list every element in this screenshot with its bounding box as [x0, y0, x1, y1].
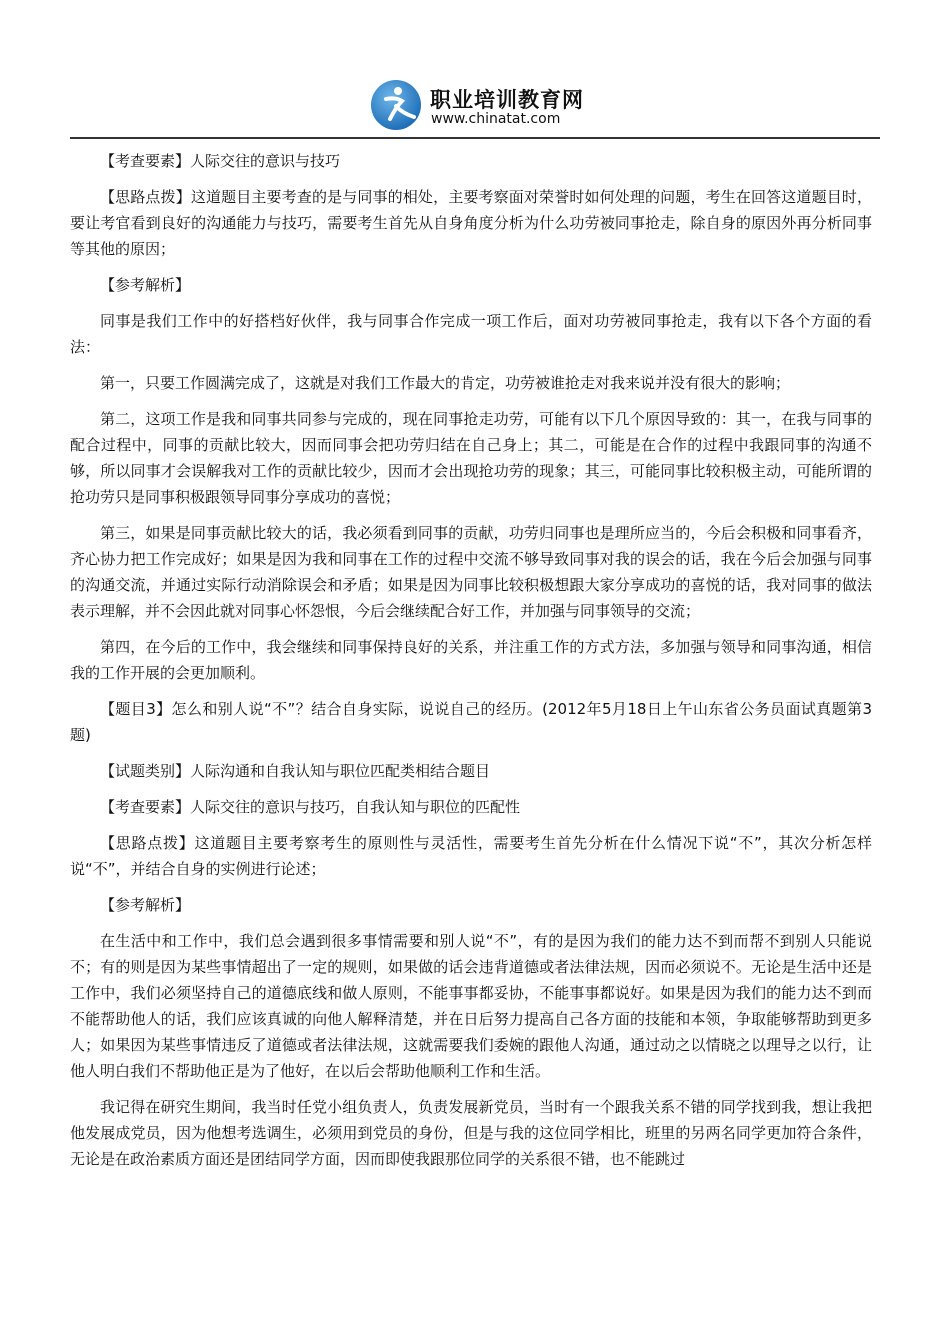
paragraph: 【思路点拨】这道题目主要考察考生的原则性与灵活性，需要考生首先分析在什么情况下说… [70, 830, 872, 882]
paragraph: 第一，只要工作圆满完成了，这就是对我们工作最大的肯定，功劳被谁抢走对我来说并没有… [70, 370, 872, 396]
paragraph: 在生活中和工作中，我们总会遇到很多事情需要和别人说“不”，有的是因为我们的能力达… [70, 928, 872, 1084]
paragraph: 第四，在今后的工作中，我会继续和同事保持良好的关系，并注重工作的方式方法，多加强… [70, 634, 872, 686]
document-body: 【考查要素】人际交往的意识与技巧 【思路点拨】这道题目主要考查的是与同事的相处，… [70, 148, 872, 1182]
paragraph: 【参考解析】 [70, 272, 872, 298]
paragraph: 【思路点拨】这道题目主要考查的是与同事的相处，主要考察面对荣誉时如何处理的问题，… [70, 184, 872, 262]
site-url: www.chinatat.com [431, 111, 560, 127]
header-divider [70, 137, 880, 139]
paragraph: 【参考解析】 [70, 892, 872, 918]
page-header: 职业培训教育网 www.chinatat.com [0, 78, 950, 134]
paragraph: 【考查要素】人际交往的意识与技巧 [70, 148, 872, 174]
paragraph: 【题目3】怎么和别人说“不”？结合自身实际，说说自己的经历。(2012年5月18… [70, 696, 872, 748]
paragraph: 【试题类别】人际沟通和自我认知与职位匹配类相结合题目 [70, 758, 872, 784]
site-title: 职业培训教育网 [430, 84, 584, 114]
paragraph: 第三，如果是同事贡献比较大的话，我必须看到同事的贡献，功劳归同事也是理所应当的，… [70, 520, 872, 624]
paragraph: 第二，这项工作是我和同事共同参与完成的，现在同事抢走功劳，可能有以下几个原因导致… [70, 406, 872, 510]
paragraph: 同事是我们工作中的好搭档好伙伴，我与同事合作完成一项工作后，面对功劳被同事抢走，… [70, 308, 872, 360]
runner-logo-icon [370, 79, 422, 131]
paragraph: 我记得在研究生期间，我当时任党小组负责人，负责发展新党员，当时有一个跟我关系不错… [70, 1094, 872, 1172]
paragraph: 【考查要素】人际交往的意识与技巧，自我认知与职位的匹配性 [70, 794, 872, 820]
